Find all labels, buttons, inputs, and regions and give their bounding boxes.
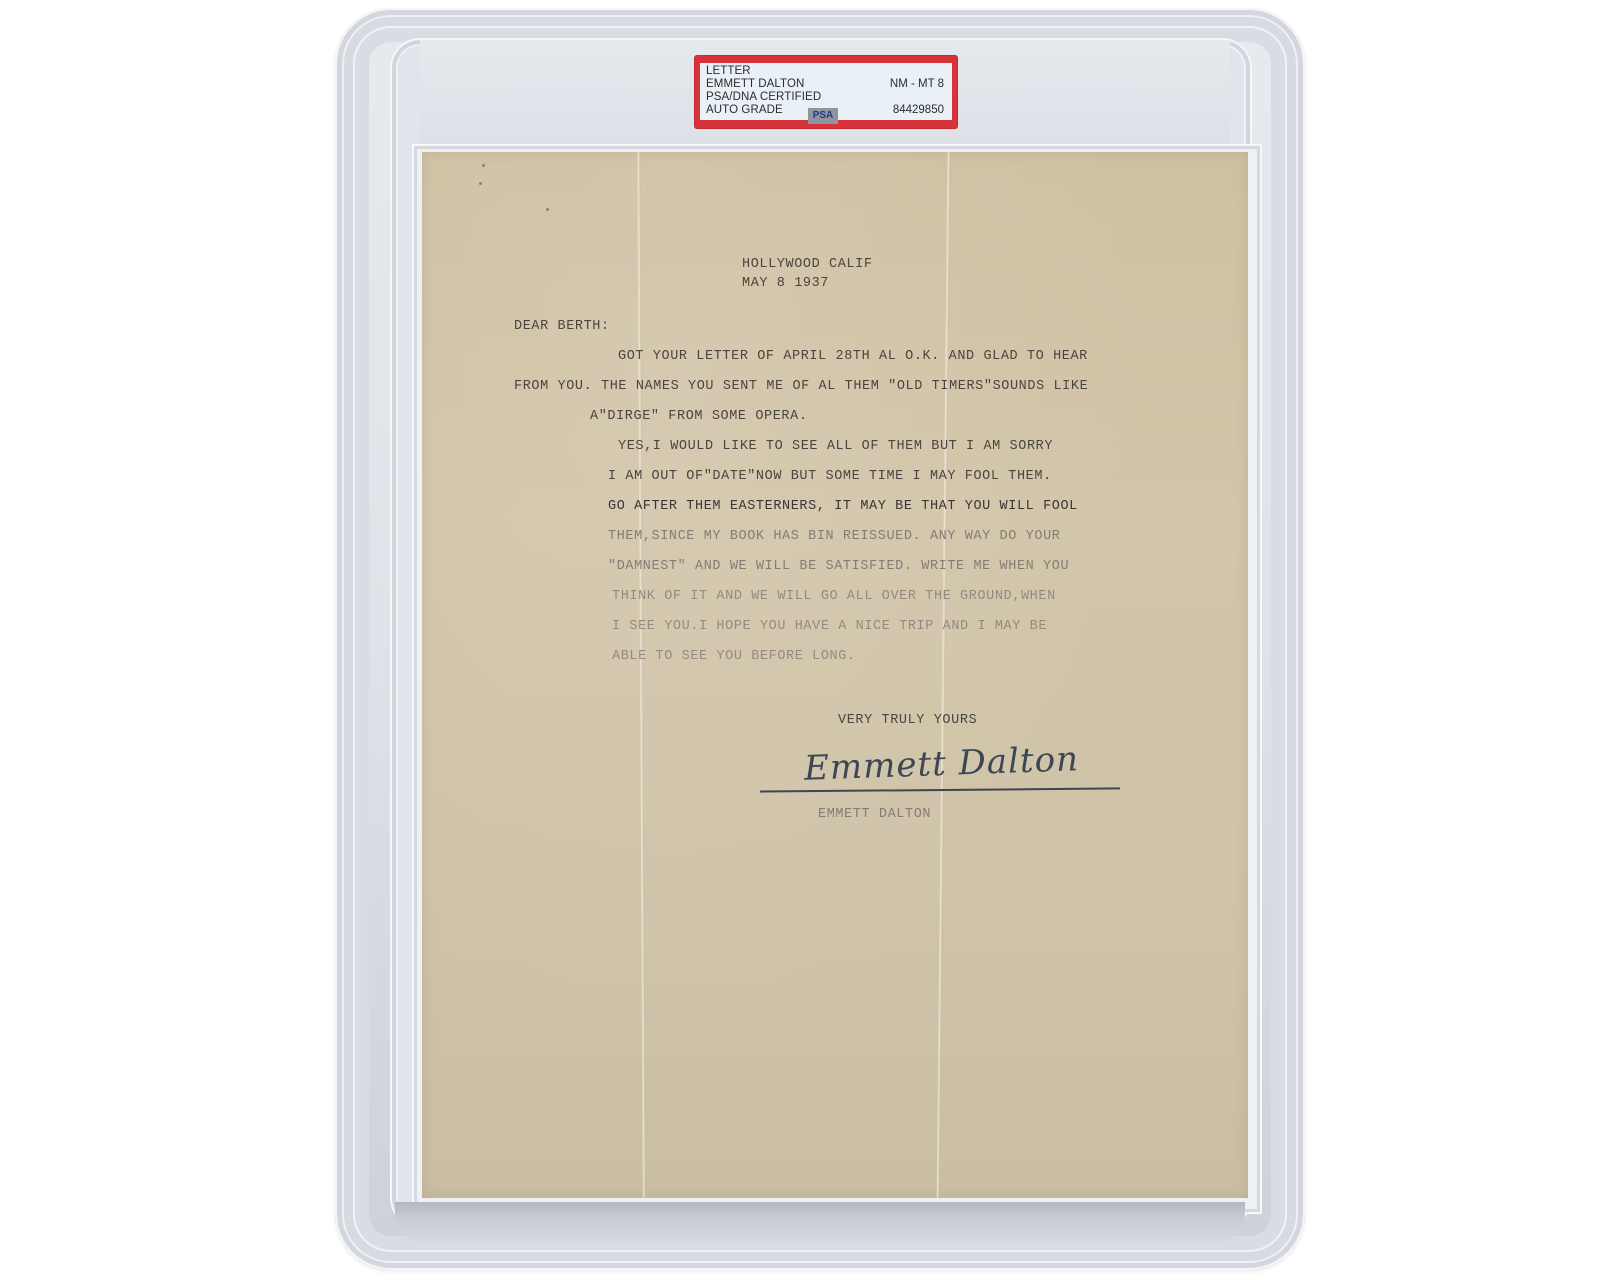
letter-date: MAY 8 1937	[742, 277, 829, 291]
letter-body-line: GOT YOUR LETTER OF APRIL 28TH AL O.K. AN…	[618, 350, 1088, 364]
slab-bottom-rail	[395, 1202, 1245, 1242]
letter-typed-name: EMMETT DALTON	[818, 808, 931, 822]
psa-logo-icon: PSA	[808, 108, 838, 124]
letter-document: HOLLYWOOD CALIF MAY 8 1937 DEAR BERTH: G…	[422, 152, 1248, 1198]
foxing-spot	[546, 208, 549, 211]
psa-label-panel: LETTER EMMETT DALTON PSA/DNA CERTIFIED A…	[700, 63, 952, 120]
letter-body-line: ABLE TO SEE YOU BEFORE LONG.	[612, 650, 856, 664]
letter-body-line: A"DIRGE" FROM SOME OPERA.	[590, 410, 808, 424]
foxing-spot	[482, 164, 485, 167]
label-cert-number: 84429850	[893, 104, 944, 116]
label-grade: NM - MT 8	[890, 78, 944, 90]
label-grade-type: AUTO GRADE	[706, 104, 783, 116]
letter-closing: VERY TRULY YOURS	[838, 714, 977, 728]
label-subject-name: EMMETT DALTON	[706, 78, 804, 90]
letter-body-line: I SEE YOU.I HOPE YOU HAVE A NICE TRIP AN…	[612, 620, 1047, 634]
letter-place: HOLLYWOOD CALIF	[742, 258, 873, 272]
label-certification: PSA/DNA CERTIFIED	[706, 91, 821, 103]
label-item-type: LETTER	[706, 65, 751, 77]
fold-crease-left	[637, 152, 645, 1198]
letter-body-line: THINK OF IT AND WE WILL GO ALL OVER THE …	[612, 590, 1056, 604]
letter-body-line: GO AFTER THEM EASTERNERS, IT MAY BE THAT…	[608, 500, 1078, 514]
letter-body-line: THEM,SINCE MY BOOK HAS BIN REISSUED. ANY…	[608, 530, 1060, 544]
letter-salutation: DEAR BERTH:	[514, 320, 610, 334]
psa-certification-label: LETTER EMMETT DALTON PSA/DNA CERTIFIED A…	[695, 56, 957, 128]
letter-body-line: "DAMNEST" AND WE WILL BE SATISFIED. WRIT…	[608, 560, 1069, 574]
handwritten-signature: Emmett Dalton	[803, 739, 1079, 789]
letter-body-line: I AM OUT OF"DATE"NOW BUT SOME TIME I MAY…	[608, 470, 1052, 484]
fold-crease-right	[937, 152, 951, 1198]
foxing-spot	[479, 182, 482, 185]
letter-body-line: YES,I WOULD LIKE TO SEE ALL OF THEM BUT …	[618, 440, 1053, 454]
letter-body-line: FROM YOU. THE NAMES YOU SENT ME OF AL TH…	[514, 380, 1088, 394]
